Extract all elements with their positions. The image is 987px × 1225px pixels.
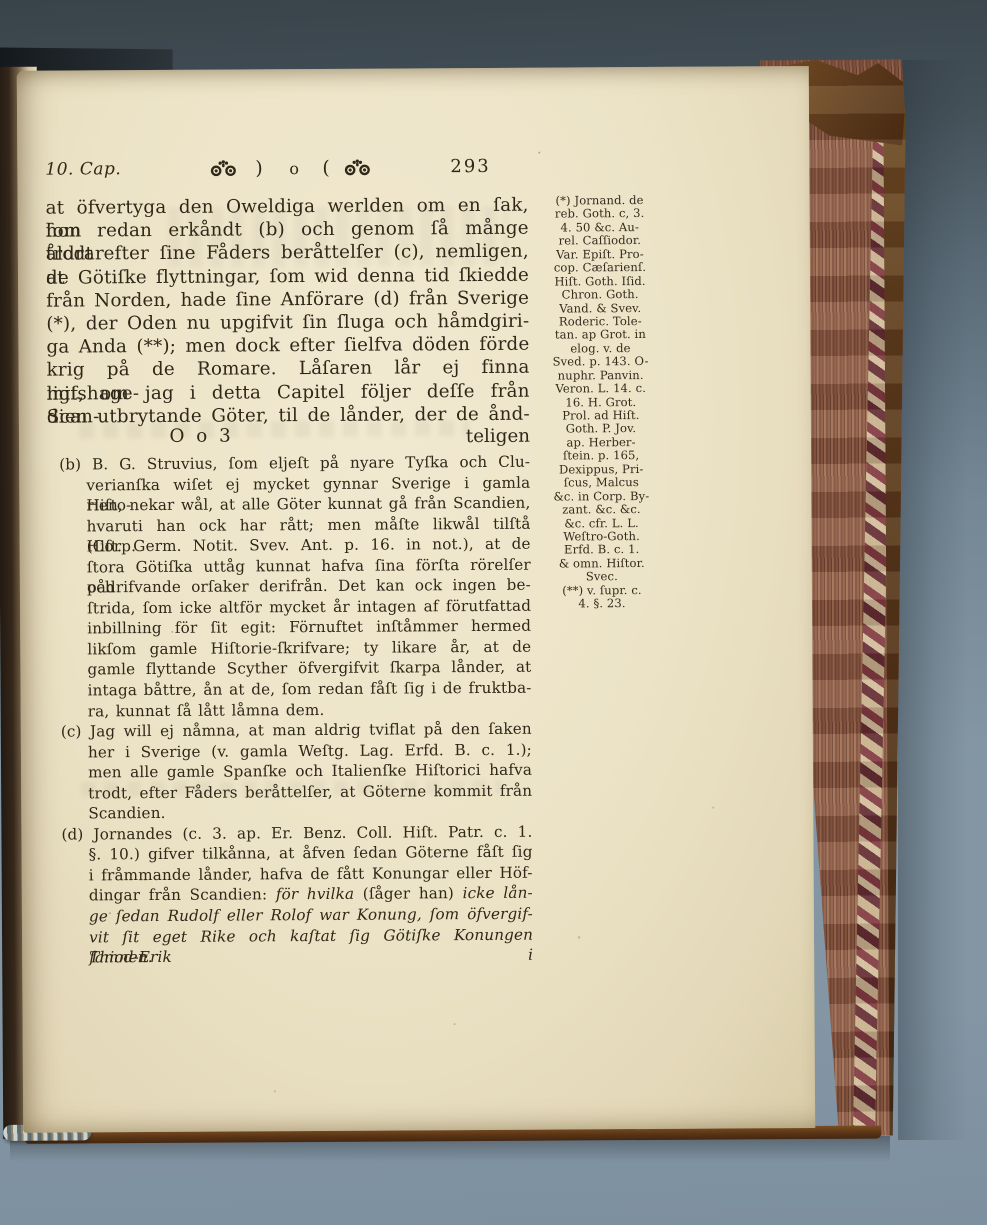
chapter-label: 10. Cap. <box>45 159 121 179</box>
signature-row: O o 3 teligen <box>47 424 530 451</box>
paper-specks <box>17 71 19 73</box>
main-text-line: hon redan erkåndt (b) och genom ſå månge… <box>46 217 529 243</box>
main-text-line: trodt efter ſine Fåders beråttelſer (c),… <box>46 240 529 266</box>
footnote-d-line: §. 10.) gifver tilkånna, at åfven ſedan … <box>61 842 532 865</box>
footnote-d-line: i fråmmande lånder, hafva de fått Konung… <box>62 863 533 886</box>
header-o: o <box>289 159 299 178</box>
footnotes-block: (b) B. G. Struvius, ſom eljeſt på nyare … <box>59 452 533 969</box>
footnote-b-line: ſtora Götiſka uttåg kunnat hafva ſina fö… <box>60 554 531 577</box>
footnote-b-line: hvaruti han ock har rått; men måſte likw… <box>59 513 530 536</box>
main-text-line: ligt, om jag i detta Capitel följer deſſ… <box>47 379 530 405</box>
book: 10. Cap. ) o ( <box>0 0 987 1225</box>
footnote-b-line: intaga båttre, ån at de, ſom redan fåſt … <box>60 678 531 701</box>
footnote-c-line: trodt, efter Fåders beråttelſer, at Göte… <box>61 780 532 803</box>
main-text-line: ga Anda (**); men dock efter ſielfva död… <box>46 333 529 359</box>
footnote-c-line: Scandien. <box>61 801 532 824</box>
main-text-line: (*), der Oden nu upgifvit ſin ſluga och … <box>46 310 529 336</box>
catchword: teligen <box>466 426 530 447</box>
fleuron-ornament-icon <box>341 159 373 177</box>
footnote-b-line: gamle flyttande Scyther öfvergifvit ſkar… <box>60 657 531 680</box>
footnote-c-line: (c) Jag will ej nåmna, at man aldrig tvi… <box>61 719 532 742</box>
running-header: 10. Cap. ) o ( <box>17 154 809 185</box>
fleuron-ornament-icon <box>207 159 239 177</box>
footnote-b-line: Hiſt. Germ. Notit. Svev. Ant. p. 16. in … <box>60 534 531 557</box>
footnote-b-line: ſtrida, ſom icke altför mycket år intage… <box>60 596 531 619</box>
page-number: 293 <box>450 156 490 177</box>
header-paren-open: ) <box>255 157 263 179</box>
footnote-b-line: verianſka wiſet ej mycket gynnar Sverige… <box>59 472 530 495</box>
leather-cover-edge <box>883 81 913 1136</box>
main-text-block: at öfvertyga den Oweldiga werlden om en … <box>46 194 530 429</box>
gathering-signature: O o 3 <box>47 425 356 448</box>
footnote-c-line: men alle gamle Spanſke och Italienſke Hi… <box>61 760 532 783</box>
footnote-b-line: pådrifvande orſaker derifrån. Det kan oc… <box>60 575 531 598</box>
footnote-d-line: vit ſit eget Rike och kaſtat ſig Götiſke… <box>62 924 533 947</box>
margin-note-line: 4. §. 23. <box>533 597 671 611</box>
footnote-d-line: (d) Jornandes (c. 3. ap. Er. Benz. Coll.… <box>61 822 532 845</box>
main-text-line: från Norden, hade ſine Anförare (d) från… <box>46 286 529 312</box>
footnote-b-line: likſom gamle Hiſtorie-ſkrifvare; ty lika… <box>60 637 531 660</box>
main-text-line: de Götiſke flyttningar, ſom wid denna ti… <box>46 263 529 289</box>
footnote-d-line: ge ſedan Rudolf eller Rolof war Konung, … <box>62 904 533 927</box>
footnote-b-line: inbillning för ſit egit: Förnuftet inſtå… <box>60 616 531 639</box>
book-page: 10. Cap. ) o ( <box>17 66 815 1133</box>
main-text-line: at öfvertyga den Oweldiga werlden om en … <box>46 194 529 220</box>
footnote-b-line: rien, nekar wål, at alle Göter kunnat gå… <box>59 493 530 516</box>
footnote-b-line: ra, kunnat ſå lått låmna dem. <box>61 698 532 721</box>
header-paren-close: ( <box>322 157 330 179</box>
footnote-d-line: dingar från Scandien: för hvilka (ſåger … <box>62 883 533 906</box>
footnote-b-line: (b) B. G. Struvius, ſom eljeſt på nyare … <box>59 452 530 475</box>
main-text-line: krig på de Romare. Låſaren lår ej finna … <box>47 356 530 382</box>
marbled-paper <box>853 113 896 1135</box>
margin-notes-column: (*) Jornand. dereb. Goth. c, 3.4. 50 &c.… <box>531 194 672 611</box>
footnote-c-line: her i Sverige (v. gamla Weſtg. Lag. Erfd… <box>61 739 532 762</box>
